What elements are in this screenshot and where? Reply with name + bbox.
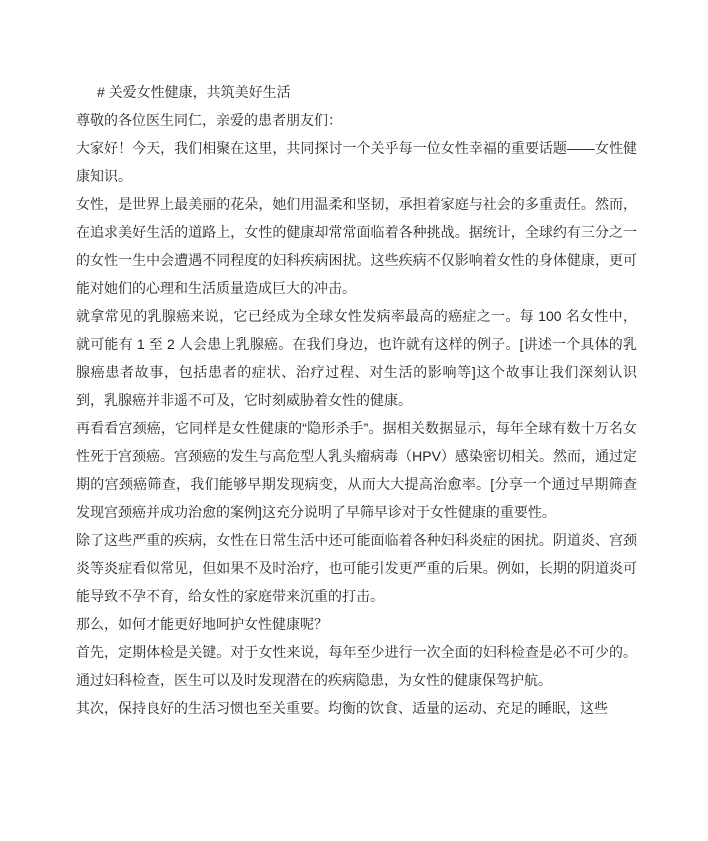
paragraph-how-to-protect-question: 那么，如何才能更好地呵护女性健康呢？ <box>76 610 637 638</box>
paragraph-regular-checkup: 首先，定期体检是关键。对于女性来说，每年至少进行一次全面的妇科检查是必不可少的。… <box>76 638 637 694</box>
paragraph-gynecological-inflammation: 除了这些严重的疾病，女性在日常生活中还可能面临着各种妇科炎症的困扰。阴道炎、宫颈… <box>76 526 637 610</box>
paragraph-healthy-habits: 其次，保持良好的生活习惯也至关重要。均衡的饮食、适量的运动、充足的睡眠，这些 <box>76 694 637 722</box>
paragraph-greeting: 大家好！今天，我们相聚在这里，共同探讨一个关乎每一位女性幸福的重要话题——女性健… <box>76 134 637 190</box>
paragraph-breast-cancer: 就拿常见的乳腺癌来说，它已经成为全球女性发病率最高的癌症之一。每 100 名女性… <box>76 302 637 414</box>
paragraph-women-challenges: 女性，是世界上最美丽的花朵，她们用温柔和坚韧，承担着家庭与社会的多重责任。然而，… <box>76 190 637 302</box>
document-page: # 关爱女性健康，共筑美好生活 尊敬的各位医生同仁，亲爱的患者朋友们： 大家好！… <box>76 78 637 722</box>
paragraph-cervical-cancer: 再看看宫颈癌，它同样是女性健康的“隐形杀手”。据相关数据显示，每年全球有数十万名… <box>76 414 637 526</box>
document-heading: # 关爱女性健康，共筑美好生活 <box>76 78 637 106</box>
paragraph-salutation: 尊敬的各位医生同仁，亲爱的患者朋友们： <box>76 106 637 134</box>
